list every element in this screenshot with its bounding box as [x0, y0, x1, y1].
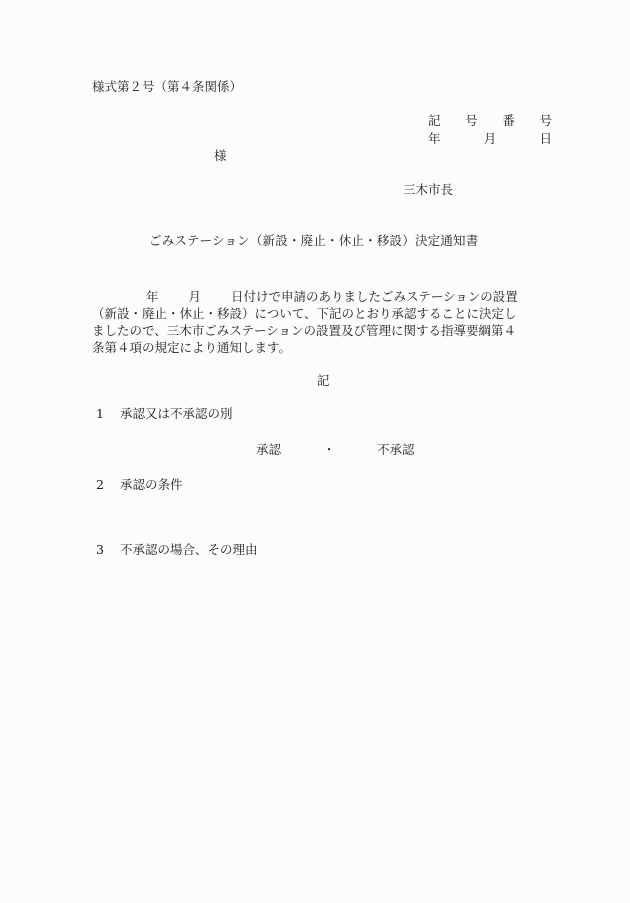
item-number: 3	[96, 541, 120, 558]
issuer: 三木市長	[403, 181, 453, 198]
document-title: ごみステーション（新設・廃止・休止・移設）決定通知書	[149, 232, 478, 249]
date-year: 年	[428, 130, 441, 147]
item-label: 不承認の場合、その理由	[120, 542, 258, 557]
body-line: ましたので、三木市ごみステーションの設置及び管理に関する指導要綱第４	[92, 322, 554, 339]
body-year: 年	[146, 289, 159, 304]
choice-approve: 承認	[256, 441, 281, 458]
issue-date: 年 月 日	[428, 130, 552, 147]
date-month: 月	[484, 130, 497, 147]
reference-number: 記 号 番 号	[428, 112, 552, 129]
choice-separator: ・	[281, 441, 377, 458]
item-label: 承認又は不承認の別	[120, 406, 233, 421]
item-approval-conditions: 2承認の条件	[96, 476, 183, 493]
item-disapproval-reason: 3不承認の場合、その理由	[96, 541, 258, 558]
choice-disapprove: 不承認	[377, 441, 415, 458]
date-day: 日	[539, 130, 552, 147]
form-label: 様式第２号（第４条関係）	[92, 78, 242, 95]
body-month: 月	[189, 289, 202, 304]
body-paragraph: 年月日付けで申請のありましたごみステーションの設置 （新設・廃止・休止・移設）に…	[92, 288, 554, 356]
body-line1-rest: 日付けで申請のありましたごみステーションの設置	[231, 289, 518, 304]
item-number: 1	[96, 405, 120, 422]
approval-choice: 承認 ・ 不承認	[256, 441, 415, 458]
ki-heading: 記	[317, 372, 330, 389]
item-number: 2	[96, 476, 120, 493]
reference-char: 番	[502, 112, 515, 129]
addressee: 様	[214, 147, 227, 164]
body-line: （新設・廃止・休止・移設）について、下記のとおり承認することに決定し	[92, 305, 554, 322]
reference-char: 号	[465, 112, 478, 129]
body-line: 条第４項の規定により通知します。	[92, 339, 554, 356]
reference-char: 記	[428, 112, 441, 129]
body-line: 年月日付けで申請のありましたごみステーションの設置	[92, 288, 554, 305]
item-label: 承認の条件	[120, 477, 183, 492]
reference-char: 号	[539, 112, 552, 129]
item-approval-type: 1承認又は不承認の別	[96, 405, 233, 422]
